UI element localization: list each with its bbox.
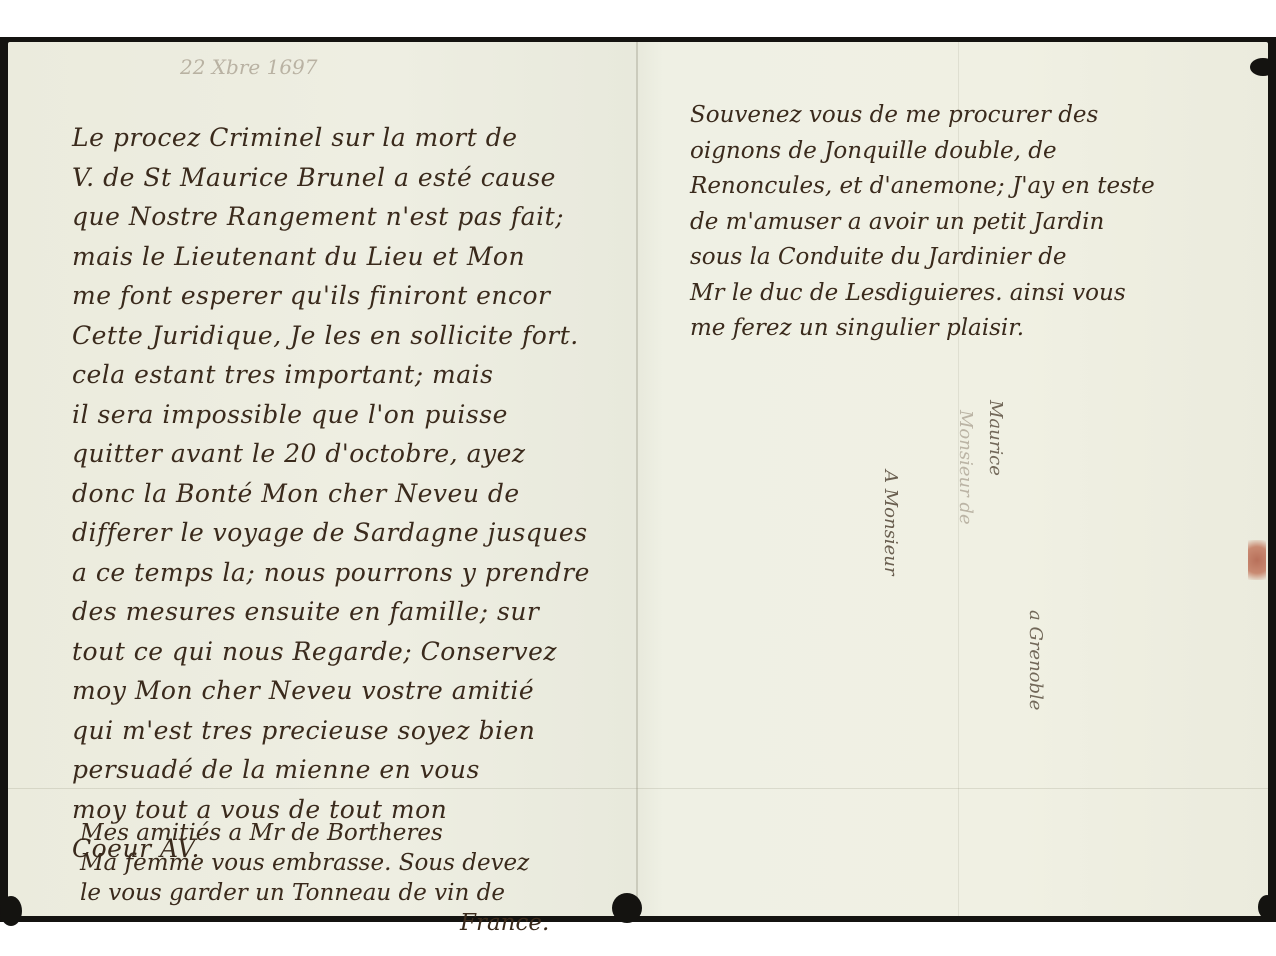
text-line: qui m'est tres precieuse soyez bien (72, 711, 632, 751)
text-line: me font esperer qu'ils finiront encor (72, 276, 632, 316)
postscript-line: Mes amitiés a Mr de Bortheres (80, 818, 640, 848)
tear-top-right (1250, 58, 1276, 76)
text-line: de m'amuser a avoir un petit Jardin (690, 205, 1210, 241)
text-line: quitter avant le 20 d'octobre, ayez (72, 434, 632, 474)
text-line: differer le voyage de Sardagne jusques (72, 513, 632, 553)
right-page-text: Souvenez vous de me procurer des oignons… (690, 98, 1210, 347)
text-line: V. de St Maurice Brunel a esté cause (72, 158, 632, 198)
postscript: Mes amitiés a Mr de Bortheres Ma femme v… (80, 818, 640, 938)
address-line: Monsieur de (955, 410, 976, 525)
postscript-line: France. (80, 908, 640, 938)
tear-bottom-right (1258, 895, 1276, 919)
text-line: sous la Conduite du Jardinier de (690, 240, 1210, 276)
text-line: persuadé de la mienne en vous (72, 750, 632, 790)
text-line: des mesures ensuite en famille; sur (72, 592, 632, 632)
postscript-line: le vous garder un Tonneau de vin de (80, 878, 640, 908)
docket-note: 22 Xbre 1697 (180, 55, 318, 79)
text-line: Cette Juridique, Je les en sollicite for… (72, 316, 632, 356)
text-line: que Nostre Rangement n'est pas fait; (72, 197, 632, 237)
address-block: A Monsieur Monsieur de Maurice a Grenobl… (860, 370, 1080, 770)
text-line: il sera impossible que l'on puisse (72, 395, 632, 435)
address-line: Maurice (985, 400, 1006, 476)
text-line: a ce temps la; nous pourrons y prendre (72, 553, 632, 593)
text-line: Mr le duc de Lesdiguieres. ainsi vous (690, 276, 1210, 312)
left-page-text: Le procez Criminel sur la mort de V. de … (72, 118, 632, 869)
text-line: donc la Bonté Mon cher Neveu de (72, 474, 632, 514)
text-line: Le procez Criminel sur la mort de (72, 118, 632, 158)
address-line: a Grenoble (1025, 610, 1046, 710)
text-line: cela estant tres important; mais (72, 355, 632, 395)
text-line: Renoncules, et d'anemone; J'ay en teste (690, 169, 1210, 205)
postscript-line: Ma femme vous embrasse. Sous devez (80, 848, 640, 878)
text-line: me ferez un singulier plaisir. (690, 311, 1210, 347)
text-line: oignons de Jonquille double, de (690, 134, 1210, 170)
address-line: A Monsieur (880, 470, 901, 575)
tear-bottom-left (0, 896, 22, 926)
text-line: tout ce qui nous Regarde; Conservez (72, 632, 632, 672)
wax-seal-remnant (1248, 540, 1266, 580)
center-fold (636, 42, 638, 916)
text-line: Souvenez vous de me procurer des (690, 98, 1210, 134)
text-line: moy Mon cher Neveu vostre amitié (72, 671, 632, 711)
text-line: mais le Lieutenant du Lieu et Mon (72, 237, 632, 277)
